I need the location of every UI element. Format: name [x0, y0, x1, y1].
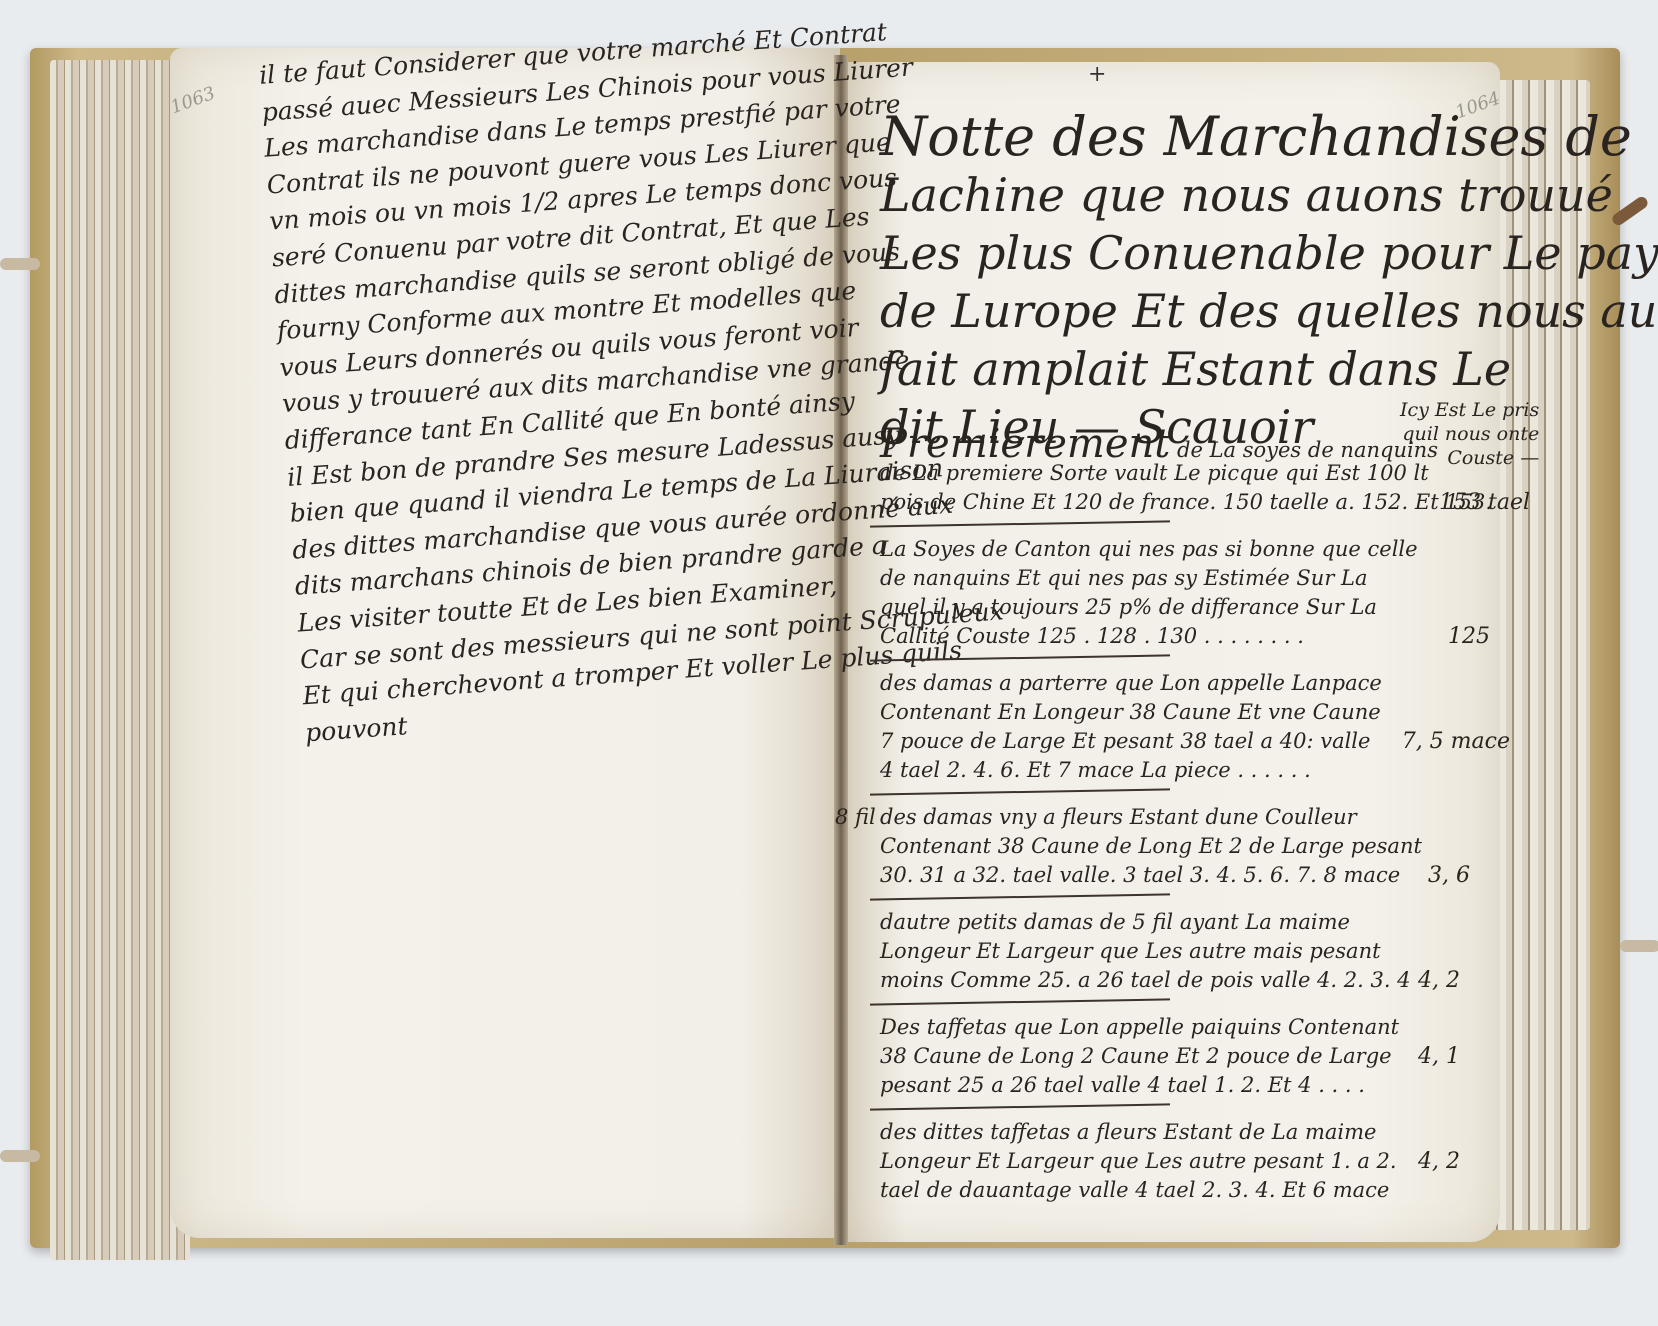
- entry-divider: [870, 893, 1170, 900]
- entry-line: Callité Couste 125 . 128 . 130 . . . . .…: [880, 624, 1304, 648]
- entry-line: 4 tael 2. 4. 6. Et 7 mace La piece . . .…: [880, 756, 1490, 785]
- list-item: Des taffetas que Lon appelle paiquins Co…: [880, 1013, 1490, 1108]
- list-item: des damas a parterre que Lon appelle Lan…: [880, 669, 1490, 793]
- list-item: des dittes taffetas a fleurs Estant de L…: [880, 1118, 1490, 1205]
- merchandise-list: Premierement de La soyes de nanquins de …: [880, 430, 1490, 1215]
- entry-divider: [870, 998, 1170, 1005]
- entry-line: de La premiere Sorte vault Le picque qui…: [880, 459, 1490, 488]
- entry-price: 125: [1448, 622, 1490, 651]
- entry-line: de nanquins Et qui nes pas sy Estimée Su…: [880, 564, 1490, 593]
- top-cross-mark: +: [1088, 62, 1106, 87]
- note-line: Icy Est Le pris: [1400, 398, 1539, 422]
- entry-price: 3, 6: [1428, 861, 1470, 890]
- bookmark-ribbon: [0, 258, 40, 270]
- entry-line: pesant 25 a 26 tael valle 4 tael 1. 2. E…: [880, 1071, 1490, 1100]
- margin-note: 8 fil: [835, 803, 876, 832]
- entry-line: des damas a parterre que Lon appelle Lan…: [880, 669, 1490, 698]
- entry-line: 30. 31 a 32. tael valle. 3 tael 3. 4. 5.…: [880, 863, 1400, 887]
- entry-line: moins Comme 25. a 26 tael de pois valle …: [880, 968, 1411, 992]
- title-line: Lachine que nous auons trouué: [880, 166, 1658, 224]
- entry-line: 38 Caune de Long 2 Caune Et 2 pouce de L…: [880, 1044, 1392, 1068]
- page-title: Notte des Marchandises de Lachine que no…: [880, 108, 1658, 456]
- entry-line: Contenant 38 Caune de Long Et 2 de Large…: [880, 832, 1490, 861]
- entry-line: Longeur Et Largeur que Les autre pesant …: [880, 1147, 1490, 1176]
- entry-price: 153 tael: [1439, 488, 1530, 517]
- entry-line: quel il y a toujours 25 p% de differance…: [880, 593, 1490, 622]
- title-line: de Lurope Et des quelles nous auons: [880, 282, 1658, 340]
- page-edges-left: [50, 60, 190, 1260]
- title-line: Notte des Marchandises de: [880, 108, 1658, 166]
- list-item: Premierement de La soyes de nanquins de …: [880, 430, 1490, 525]
- list-item: 8 fildes damas vny a fleurs Estant dune …: [880, 803, 1490, 898]
- entry-line: La Soyes de Canton qui nes pas si bonne …: [880, 535, 1490, 564]
- entry-line: Longeur Et Largeur que Les autre mais pe…: [880, 937, 1490, 966]
- entry-divider: [870, 654, 1170, 661]
- entry-line: des dittes taffetas a fleurs Estant de L…: [880, 1118, 1490, 1147]
- entry-divider: [870, 788, 1170, 795]
- entry-line: Contenant En Longeur 38 Caune Et vne Cau…: [880, 698, 1490, 727]
- entry-price: 4, 1: [1418, 1042, 1460, 1071]
- title-line: Les plus Conuenable pour Le payis: [880, 224, 1658, 282]
- list-item: La Soyes de Canton qui nes pas si bonne …: [880, 535, 1490, 659]
- entry-price: 4, 2: [1418, 966, 1460, 995]
- entry-divider: [870, 520, 1170, 527]
- entry-line: des damas vny a fleurs Estant dune Coull…: [880, 805, 1357, 829]
- entry-line: 7 pouce de Large Et pesant 38 tael a 40:…: [880, 729, 1370, 753]
- bookmark-ribbon: [0, 1150, 40, 1162]
- entry-line: tael de dauantage valle 4 tael 2. 3. 4. …: [880, 1178, 1389, 1202]
- list-item: dautre petits damas de 5 fil ayant La ma…: [880, 908, 1490, 1003]
- entry-price: 4, 2: [1418, 1147, 1460, 1176]
- entry-line: Des taffetas que Lon appelle paiquins Co…: [880, 1013, 1490, 1042]
- bookmark-ribbon: [1620, 940, 1658, 952]
- entry-divider: [870, 1103, 1170, 1110]
- entry-line: dautre petits damas de 5 fil ayant La ma…: [880, 908, 1490, 937]
- title-line: fait amplait Estant dans Le: [880, 340, 1658, 398]
- entry-line: pois de Chine Et 120 de france. 150 tael…: [880, 490, 1492, 514]
- entry-price: 7, 5 mace: [1402, 727, 1510, 756]
